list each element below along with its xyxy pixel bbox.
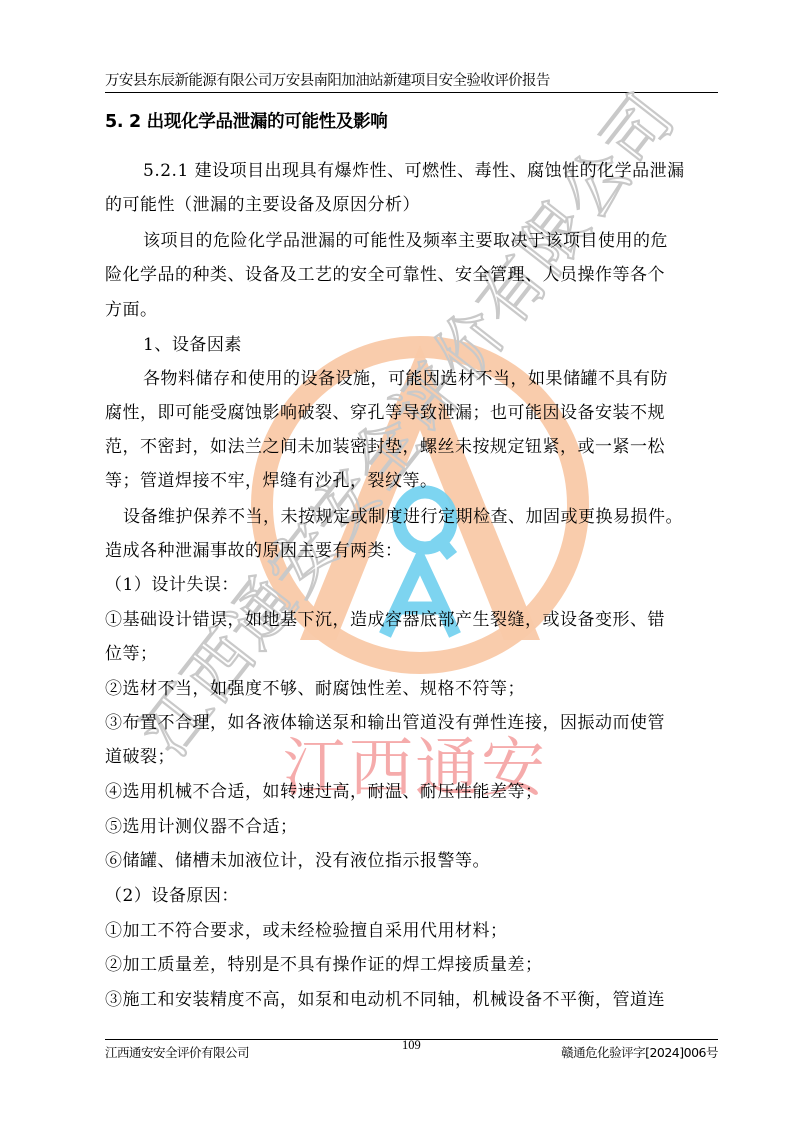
text-line: 道破裂； bbox=[105, 742, 175, 767]
text-line: 等；管道焊接不牢，焊缝有沙孔，裂纹等。 bbox=[105, 466, 438, 491]
diagonal-watermark-text: 江西通安安全评价有限公司 bbox=[127, 79, 690, 769]
text-line: 方面。 bbox=[105, 295, 158, 320]
text-line: （2）设备原因： bbox=[105, 881, 239, 906]
header-title: 万安县东辰新能源有限公司万安县南阳加油站新建项目安全验收评价报告 bbox=[105, 69, 550, 90]
text-line: ①加工不符合要求，或未经检验擅自采用代用材料； bbox=[105, 916, 508, 941]
seal-letter-a-icon bbox=[300, 345, 540, 640]
text-line: 该项目的危险化学品泄漏的可能性及频率主要取决于该项目使用的危 bbox=[143, 226, 668, 251]
text-line: ②选材不当，如强度不够、耐腐蚀性差、规格不符等； bbox=[105, 674, 525, 699]
text-line: 险化学品的种类、设备及工艺的安全可靠性、安全管理、人员操作等各个 bbox=[105, 260, 665, 285]
text-line: ③布置不合理，如各液体输送泵和输出管道没有弹性连接，因振动而使管 bbox=[105, 708, 665, 733]
page-footer: 江西通安安全评价有限公司 109 赣通危化验评字[2024]006号 bbox=[105, 1039, 718, 1062]
text-line: 各物料储存和使用的设备设施，可能因选材不当，如果储罐不具有防 bbox=[143, 364, 668, 389]
text-line: ②加工质量差，特别是不具有操作证的焊工焊接质量差； bbox=[105, 950, 543, 975]
text-line: 位等； bbox=[105, 639, 158, 664]
text-line: ④选用机械不合适，如转速过高，耐温、耐压性能差等； bbox=[105, 777, 543, 802]
text-line: ⑤选用计测仪器不合适； bbox=[105, 812, 298, 837]
text-line: 1、设备因素 bbox=[143, 330, 242, 355]
section-heading: 5. 2 出现化学品泄漏的可能性及影响 bbox=[105, 108, 388, 133]
text-line: ③施工和安装精度不高，如泵和电动机不同轴，机械设备不平衡，管道连 bbox=[105, 985, 665, 1010]
text-line: （1）设计失误： bbox=[105, 570, 239, 595]
text-line: 设备维护保养不当，未按规定或制度进行定期检查、加固或更换易损件。 bbox=[123, 502, 683, 527]
text-line: 5.2.1 建设项目出现具有爆炸性、可燃性、毒性、腐蚀性的化学品泄漏 bbox=[143, 156, 685, 181]
footer-company: 江西通安安全评价有限公司 bbox=[105, 1043, 249, 1061]
page-number: 109 bbox=[402, 1038, 421, 1053]
text-line: ①基础设计错误，如地基下沉，造成容器底部产生裂缝，或设备变形、错 bbox=[105, 605, 665, 630]
text-line: 腐性，即可能受腐蚀影响破裂、穿孔等导致泄漏；也可能因设备安装不规 bbox=[105, 398, 665, 423]
text-line: 范，不密封，如法兰之间未加装密封垫，螺丝未按规定钮紧，或一紧一松 bbox=[105, 432, 665, 457]
page-header: 万安县东辰新能源有限公司万安县南阳加油站新建项目安全验收评价报告 bbox=[105, 66, 718, 93]
document-page: 万安县东辰新能源有限公司万安县南阳加油站新建项目安全验收评价报告 江西通安安全评… bbox=[0, 0, 793, 1122]
text-line: 的可能性（泄漏的主要设备及原因分析） bbox=[105, 190, 420, 215]
text-line: 造成各种泄漏事故的原因主要有两类： bbox=[105, 536, 403, 561]
footer-doc-number: 赣通危化验评字[2024]006号 bbox=[561, 1043, 718, 1061]
text-line: ⑥储罐、储槽未加液位计，没有液位指示报警等。 bbox=[105, 846, 490, 871]
